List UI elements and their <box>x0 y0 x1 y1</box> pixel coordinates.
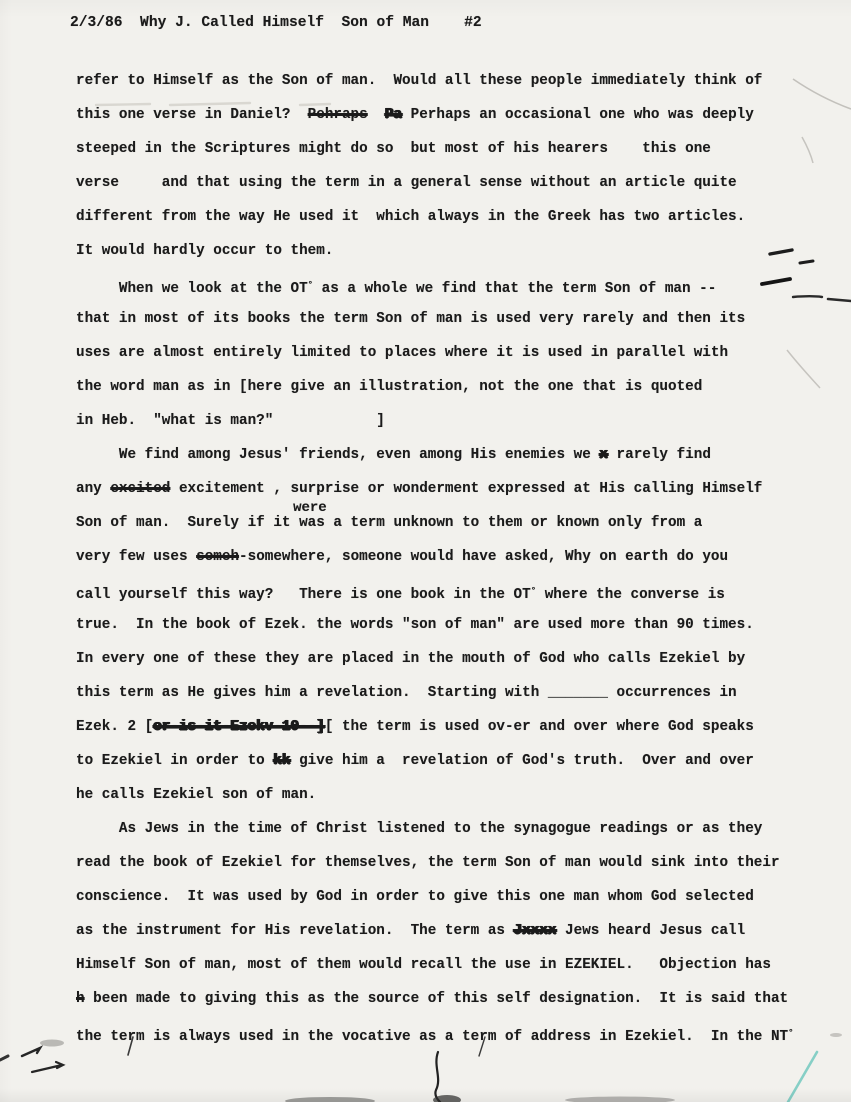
text-line: as the instrument for His revelation. Th… <box>76 914 816 948</box>
typed-segment: to Ezekiel in order to <box>76 753 273 769</box>
typed-segment: as the instrument for His revelation. Th… <box>76 923 514 939</box>
typed-segment-strike: Pehraps <box>308 107 368 123</box>
typed-segment: [ the term is used ov-er and over where … <box>325 719 754 735</box>
typed-segment: Himself Son of man, most of them would r… <box>76 957 771 973</box>
text-line: to Ezekiel in order to kk give him a rev… <box>76 744 816 778</box>
typed-segment: rarely find <box>608 447 711 463</box>
typed-segment: any <box>76 481 110 497</box>
typed-segment: was a term unknown to them or known only… <box>299 515 702 531</box>
text-line: any excited excitement , surprise or won… <box>76 472 816 506</box>
text-line: different from the way He used it which … <box>76 200 816 234</box>
typed-segment-strike: excited <box>110 481 170 497</box>
pen-scribble <box>32 1062 63 1072</box>
text-line: refer to Himself as the Son of man. Woul… <box>76 64 816 98</box>
typed-segment: very few uses <box>76 549 196 565</box>
typed-segment: that in most of its books the term Son o… <box>76 311 745 327</box>
typed-segment: It would hardly occur to them. <box>76 243 333 259</box>
typed-body: refer to Himself as the Son of man. Woul… <box>76 64 816 1050</box>
typed-segment: different from the way He used it which … <box>76 209 745 225</box>
text-line: conscience. It was used by God in order … <box>76 880 816 914</box>
typed-segment: verse and that using the term in a gener… <box>76 175 737 191</box>
teal-line <box>788 1052 817 1102</box>
squiggle-mark <box>435 1052 440 1102</box>
text-line: call yourself this way? There is one boo… <box>76 574 816 608</box>
typed-segment: excitement , surprise or wonderment expr… <box>170 481 762 497</box>
text-line: We find among Jesus' friends, even among… <box>76 438 816 472</box>
smudge <box>830 1033 842 1037</box>
text-line: verse and that using the term in a gener… <box>76 166 816 200</box>
typed-segment-strike: Jxxxx <box>514 923 557 939</box>
typed-segment: Ezek. 2 [ <box>76 719 153 735</box>
text-line: that in most of its books the term Son o… <box>76 302 816 336</box>
typed-segment: -somewhere, someone would have asked, Wh… <box>239 549 728 565</box>
text-line: Himself Son of man, most of them would r… <box>76 948 816 982</box>
typed-segment: uses are almost entirely limited to plac… <box>76 345 728 361</box>
text-line: this one verse in Daniel? Pehraps Pa Per… <box>76 98 816 132</box>
typed-segment: When we look at the OT <box>76 281 308 297</box>
typed-segment: where the converse is <box>536 587 725 603</box>
smudge <box>285 1097 375 1102</box>
typed-segment: As Jews in the time of Christ listened t… <box>76 821 762 837</box>
text-line: the term is always used in the vocative … <box>76 1016 816 1050</box>
text-line: the word man as in [here give an illustr… <box>76 370 816 404</box>
typed-segment-strike: or-is-it-Ezekv-10--] <box>153 719 325 735</box>
typed-segment: occurrences in <box>608 685 737 701</box>
typed-segment <box>368 107 385 123</box>
typed-segment: Jews heard Jesus call <box>556 923 745 939</box>
typed-segment: Perhaps an occasional one who was deeply <box>402 107 754 123</box>
text-line: steeped in the Scriptures might do so bu… <box>76 132 816 166</box>
typed-segment: this term as He gives him a revelation. … <box>76 685 548 701</box>
typed-segment: he calls Ezekiel son of man. <box>76 787 316 803</box>
text-line: In every one of these they are placed in… <box>76 642 816 676</box>
text-line: Ezek. 2 [or-is-it-Ezekv-10--][ the term … <box>76 710 816 744</box>
pen-scribble <box>22 1048 40 1056</box>
smudge <box>565 1097 675 1102</box>
text-line: Son of man. Surely if it werewas a term … <box>76 506 816 540</box>
typed-segment-strike: someh <box>196 549 239 565</box>
text-line: It would hardly occur to them. <box>76 234 816 268</box>
typed-segment-strike: x <box>599 447 608 463</box>
typed-segment: call yourself this way? There is one boo… <box>76 587 531 603</box>
typed-segment: steeped in the Scriptures might do so bu… <box>76 141 711 157</box>
typed-segment: give him a revelation of God's truth. Ov… <box>291 753 754 769</box>
typed-segment: this one verse in Daniel? <box>76 107 308 123</box>
smudge <box>40 1040 64 1047</box>
typed-segment: read the book of Ezekiel for themselves,… <box>76 855 780 871</box>
page-header: 2/3/86 Why J. Called Himself Son of Man … <box>70 8 482 38</box>
text-line: h been made to giving this as the source… <box>76 982 816 1016</box>
text-line: in Heb. "what is man?" ] <box>76 404 816 438</box>
typed-segment-blank: _______ <box>548 685 608 701</box>
text-line: this term as He gives him a revelation. … <box>76 676 816 710</box>
text-line: true. In the book of Ezek. the words "so… <box>76 608 816 642</box>
text-line: he calls Ezekiel son of man. <box>76 778 816 812</box>
text-line: uses are almost entirely limited to plac… <box>76 336 816 370</box>
typed-segment: We find among Jesus' friends, even among… <box>76 447 599 463</box>
typed-segment-sup: ° <box>788 1028 793 1038</box>
typed-segment: Son of man. Surely if it <box>76 515 299 531</box>
pen-dash <box>828 299 851 301</box>
typed-segment-strike: Pa <box>385 107 402 123</box>
typed-segment-strike: h <box>76 991 85 1007</box>
typed-segment-strike: kk <box>273 753 290 769</box>
text-line: read the book of Ezekiel for themselves,… <box>76 846 816 880</box>
typed-segment: In every one of these they are placed in… <box>76 651 745 667</box>
typed-segment: as a whole we find that the term Son of … <box>313 281 716 297</box>
pen-scribble <box>0 1056 8 1060</box>
typed-segment: conscience. It was used by God in order … <box>76 889 754 905</box>
smudge <box>433 1095 461 1102</box>
typed-segment: true. In the book of Ezek. the words "so… <box>76 617 754 633</box>
text-line: When we look at the OT° as a whole we fi… <box>76 268 816 302</box>
typed-segment: the term is always used in the vocative … <box>76 1029 788 1045</box>
typed-segment: the word man as in [here give an illustr… <box>76 379 702 395</box>
text-line: As Jews in the time of Christ listened t… <box>76 812 816 846</box>
typed-segment: been made to giving this as the source o… <box>85 991 789 1007</box>
text-line: very few uses someh-somewhere, someone w… <box>76 540 816 574</box>
typed-segment: refer to Himself as the Son of man. Woul… <box>76 73 762 89</box>
typed-segment: in Heb. "what is man?" ] <box>76 413 385 429</box>
typewritten-page: 2/3/86 Why J. Called Himself Son of Man … <box>0 0 851 1102</box>
